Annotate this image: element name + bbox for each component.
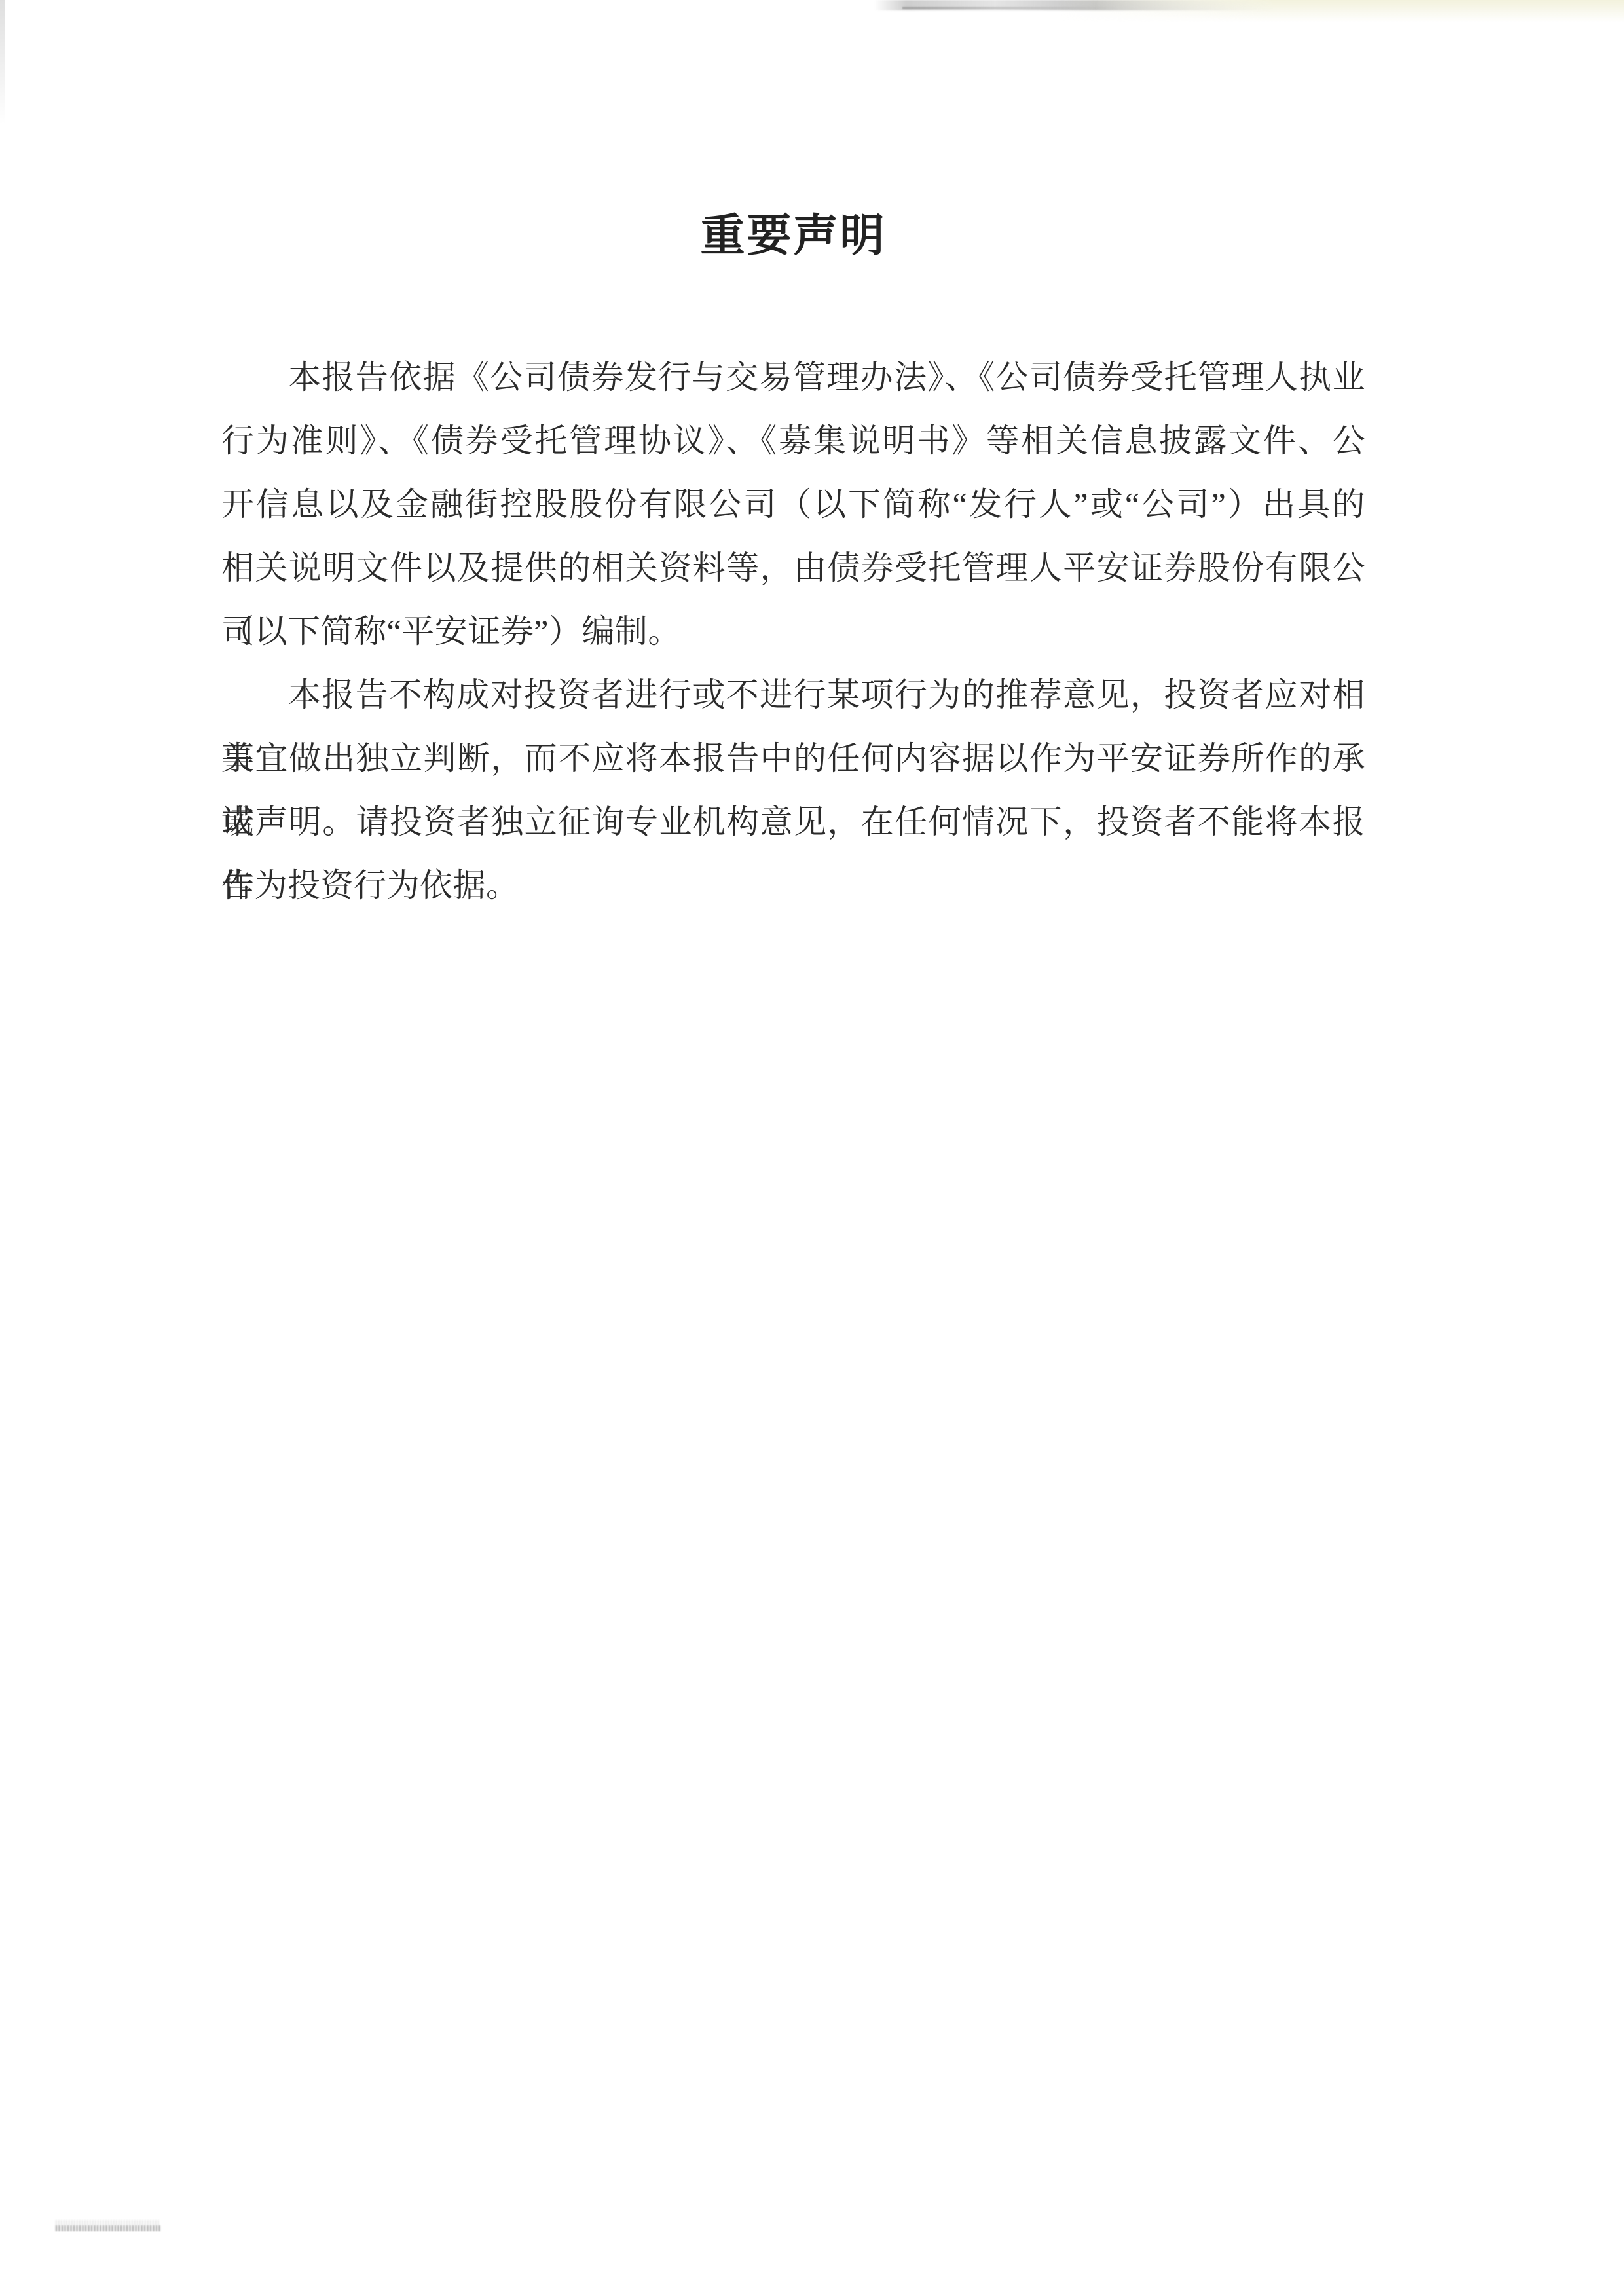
paragraph-2-line-4: 作为投资行为依据。 (221, 854, 1365, 917)
scan-artifact-top-tint (1058, 0, 1624, 22)
scan-artifact-microtext-row (56, 2225, 160, 2231)
paragraph-2-line-1: 本报告不构成对投资者进行或不进行某项行为的推荐意见，投资者应对相关 (221, 663, 1365, 727)
paragraph-1-line-2: 行为准则》、《债券受托管理协议》、《募集说明书》等相关信息披露文件、公 (221, 409, 1365, 473)
body-text: 本报告依据《公司债券发行与交易管理办法》、《公司债券受托管理人执业 行为准则》、… (221, 346, 1365, 917)
paragraph-2-line-2: 事宜做出独立判断，而不应将本报告中的任何内容据以作为平安证券所作的承诺 (221, 727, 1365, 790)
scan-artifact-left-edge (0, 0, 5, 124)
scan-artifact-microtext-row (56, 2220, 160, 2225)
paragraph-1-line-1: 本报告依据《公司债券发行与交易管理办法》、《公司债券受托管理人执业 (221, 346, 1365, 409)
paragraph-2-line-3: 或声明。请投资者独立征询专业机构意见，在任何情况下，投资者不能将本报告 (221, 790, 1365, 854)
paragraph-1-line-3: 开信息以及金融街控股股份有限公司（以下简称“发行人”或“公司”）出具的 (221, 473, 1365, 536)
paragraph-1-line-5: （以下简称“平安证券”）编制。 (221, 600, 1365, 663)
paragraph-1-line-4: 相关说明文件以及提供的相关资料等，由债券受托管理人平安证券股份有限公司 (221, 536, 1365, 600)
page-title: 重要声明 (221, 208, 1365, 263)
scan-artifact-microtext-smudge (56, 2220, 160, 2232)
document-page: 重要声明 本报告依据《公司债券发行与交易管理办法》、《公司债券受托管理人执业 行… (0, 0, 1624, 2296)
